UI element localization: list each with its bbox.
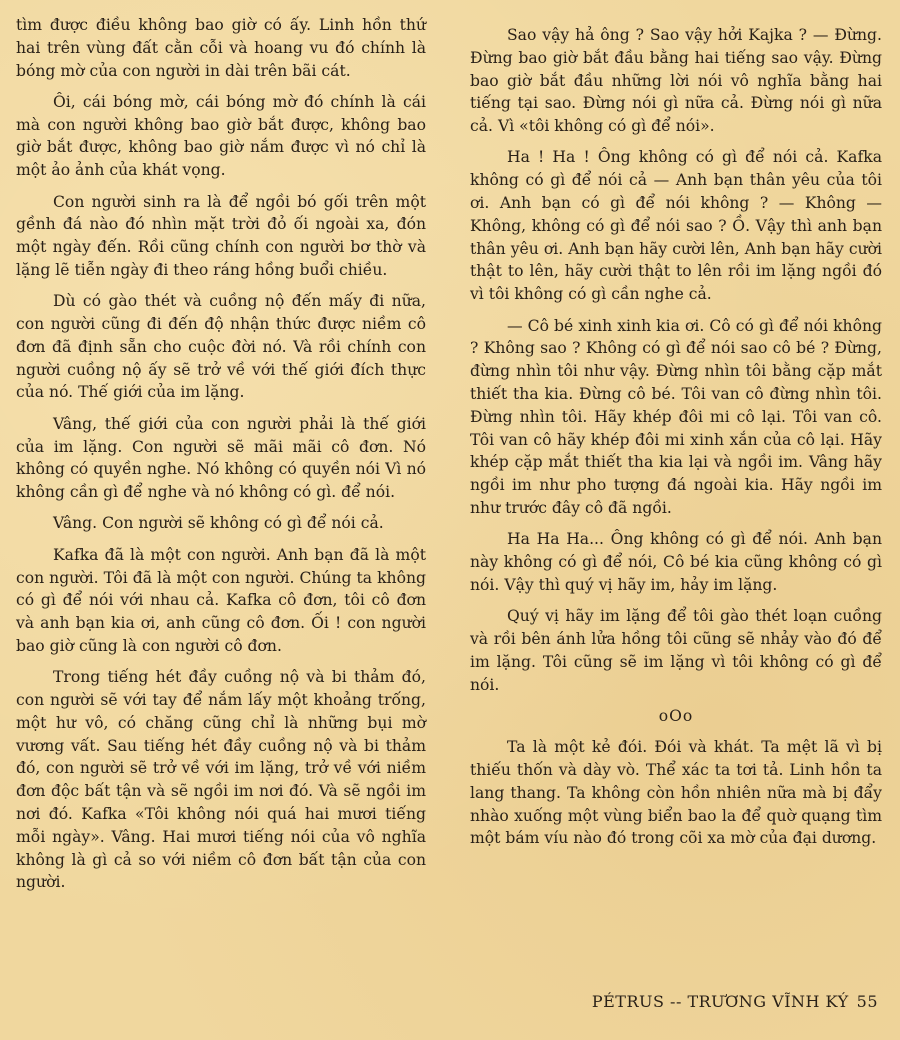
- paragraph: Ta là một kẻ đói. Đói và khát. Ta mệt lã…: [470, 736, 882, 850]
- paragraph: Kafka đã là một con người. Anh bạn đã là…: [16, 544, 426, 658]
- page-footer: PÉTRUS -- TRƯƠNG VĨNH KÝ55: [592, 992, 878, 1011]
- running-title: PÉTRUS -- TRƯƠNG VĨNH KÝ: [592, 992, 849, 1011]
- page-number: 55: [857, 992, 878, 1011]
- magazine-page: tìm được điều không bao giờ có ấy. Linh …: [0, 0, 900, 1040]
- paragraph: Vâng. Con người sẽ không có gì để nói cả…: [16, 512, 426, 535]
- paragraph: Ha ! Ha ! Ông không có gì để nói cả. Kaf…: [470, 146, 882, 306]
- right-column: Sao vậy hả ông ? Sao vậy hởi Kajka ? — Đ…: [470, 24, 882, 859]
- section-separator: oOo: [470, 705, 882, 728]
- paragraph: Ôi, cái bóng mờ, cái bóng mờ đó chính là…: [16, 91, 426, 182]
- paragraph: tìm được điều không bao giờ có ấy. Linh …: [16, 14, 426, 82]
- paragraph: Ha Ha Ha... Ông không có gì để nói. Anh …: [470, 528, 882, 596]
- left-column: tìm được điều không bao giờ có ấy. Linh …: [16, 14, 426, 903]
- paragraph: — Cô bé xinh xinh kia ơi. Cô có gì để nó…: [470, 315, 882, 520]
- paragraph: Dù có gào thét và cuồng nộ đến mấy đi nữ…: [16, 290, 426, 404]
- paragraph: Trong tiếng hét đầy cuồng nộ và bi thảm …: [16, 666, 426, 894]
- paragraph: Con người sinh ra là để ngồi bó gối trên…: [16, 191, 426, 282]
- paragraph: Vâng, thế giới của con người phải là thế…: [16, 413, 426, 504]
- paragraph: Quý vị hãy im lặng để tôi gào thét loạn …: [470, 605, 882, 696]
- paragraph: Sao vậy hả ông ? Sao vậy hởi Kajka ? — Đ…: [470, 24, 882, 138]
